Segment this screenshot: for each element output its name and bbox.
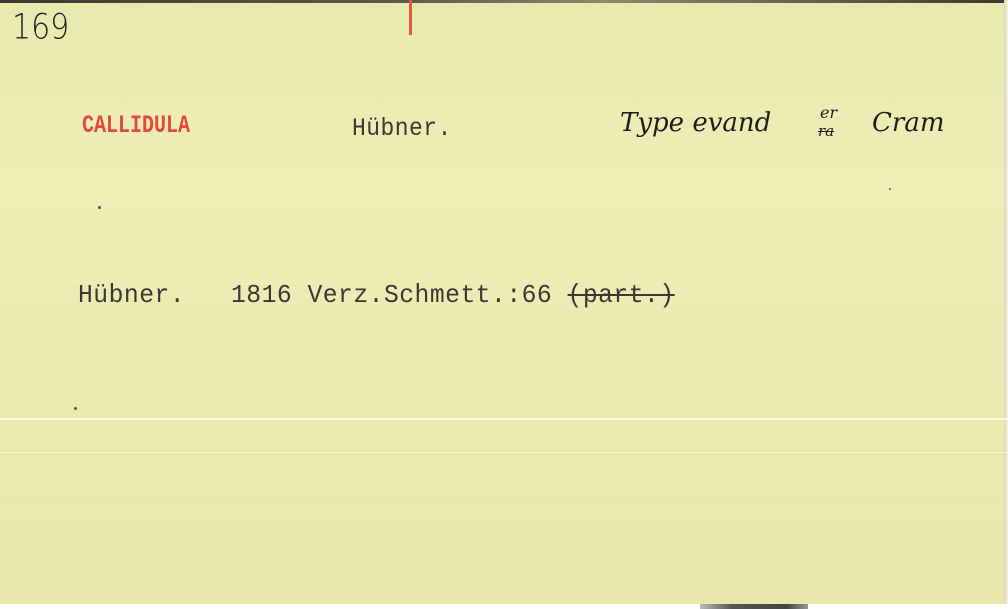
speck (74, 407, 77, 410)
card-bottom-margin (0, 604, 1008, 609)
citation-author: Hübner. (78, 280, 185, 310)
genus-name: CALLIDULA (82, 111, 190, 140)
type-note-struck: ra (818, 122, 834, 140)
scan-line-faint (0, 452, 1008, 453)
red-margin-tick (409, 0, 412, 35)
card-right-edge (1004, 0, 1008, 604)
index-card: 169 CALLIDULA Hübner. Type evand er ra C… (0, 0, 1008, 604)
type-species-note: Type evand (620, 108, 771, 138)
speck (889, 188, 891, 190)
citation-struck: (part.) (568, 280, 675, 310)
type-note-author: Cram (872, 108, 944, 138)
card-bottom-shadow (700, 604, 808, 609)
scan-line (0, 418, 1008, 420)
card-top-edge (0, 0, 1008, 3)
citation-reference: 1816 Verz.Schmett.:66 (231, 280, 552, 310)
card-number: 169 (12, 7, 69, 47)
genus-author: Hübner. (352, 114, 452, 143)
speck (98, 206, 101, 209)
citation-line: Hübner. 1816 Verz.Schmett.:66 (part.) (78, 280, 675, 310)
type-note-insertion: er (820, 103, 837, 122)
